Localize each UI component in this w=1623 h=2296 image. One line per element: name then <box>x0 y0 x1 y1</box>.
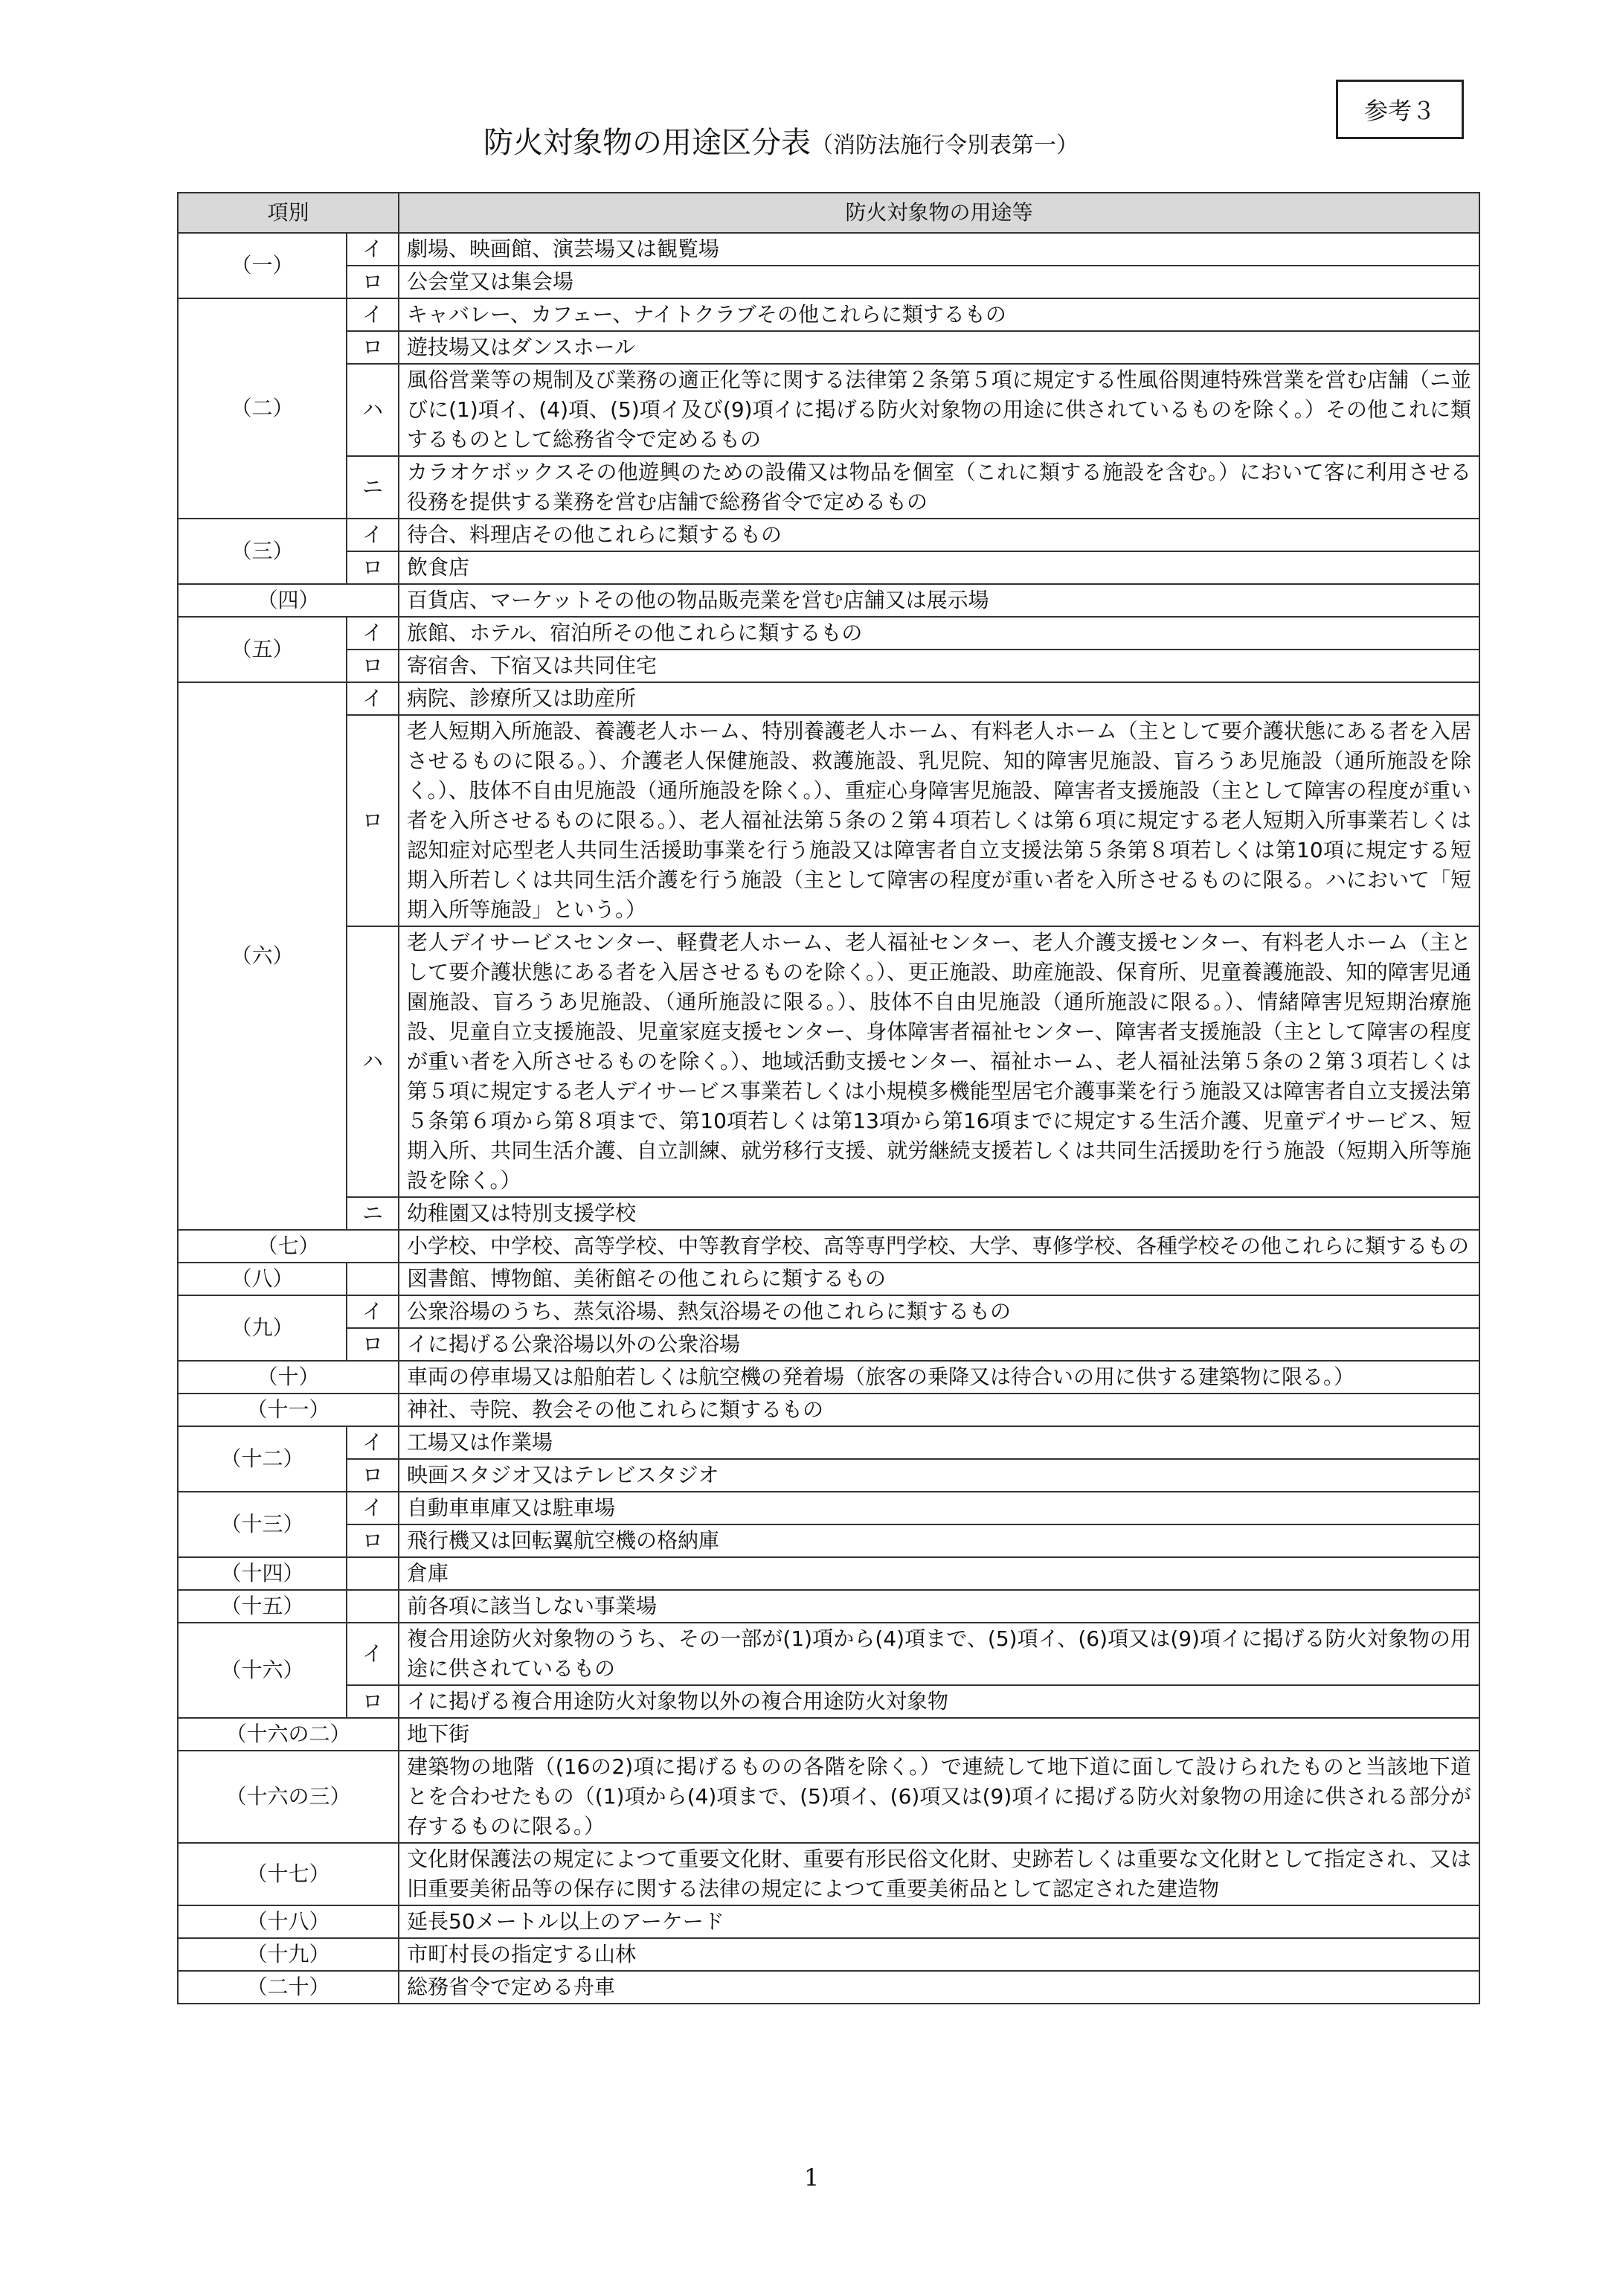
page-number: 1 <box>0 2164 1623 2192</box>
item-cell: （三） <box>178 519 347 584</box>
table-row: （十七） 文化財保護法の規定によつて重要文化財、重要有形民俗文化財、史跡若しくは… <box>178 1843 1479 1905</box>
table-row: （十二） イ 工場又は作業場 <box>178 1426 1479 1459</box>
desc-cell: 旅館、ホテル、宿泊所その他これらに類するもの <box>399 617 1479 650</box>
sub-cell: ニ <box>347 1197 399 1230</box>
title-subtitle: （消防法施行令別表第一） <box>811 132 1079 158</box>
item-cell: （十六の二） <box>178 1718 399 1751</box>
desc-cell: イに掲げる複合用途防火対象物以外の複合用途防火対象物 <box>399 1685 1479 1718</box>
table-row: （二十） 総務省令で定める舟車 <box>178 1971 1479 2004</box>
sub-cell: ロ <box>347 1685 399 1718</box>
desc-cell: イに掲げる公衆浴場以外の公衆浴場 <box>399 1328 1479 1361</box>
table-row: （十六の三） 建築物の地階（(16の2)項に掲げるものの各階を除く。）で連続して… <box>178 1751 1479 1843</box>
desc-cell: 神社、寺院、教会その他これらに類するもの <box>399 1394 1479 1426</box>
sub-cell <box>347 1557 399 1590</box>
table-row: （十五） 前各項に該当しない事業場 <box>178 1590 1479 1623</box>
item-cell: （六） <box>178 682 347 1230</box>
desc-cell: 自動車車庫又は駐車場 <box>399 1492 1479 1524</box>
sub-cell: イ <box>347 519 399 551</box>
usage-classification-table: 項別 防火対象物の用途等 （一） イ 劇場、映画館、演芸場又は観覧場 ロ 公会堂… <box>177 192 1480 2004</box>
desc-cell: 老人デイサービスセンター、軽費老人ホーム、老人福祉センター、老人介護支援センター… <box>399 926 1479 1197</box>
desc-cell: 複合用途防火対象物のうち、その一部が(1)項から(4)項まで、(5)項イ、(6)… <box>399 1623 1479 1685</box>
table-row: （十八） 延長50メートル以上のアーケード <box>178 1905 1479 1938</box>
table-row: （十六） イ 複合用途防火対象物のうち、その一部が(1)項から(4)項まで、(5… <box>178 1623 1479 1685</box>
table-row: ニ カラオケボックスその他遊興のための設備又は物品を個室（これに類する施設を含む… <box>178 456 1479 519</box>
item-cell: （十五） <box>178 1590 347 1623</box>
item-cell: （二） <box>178 298 347 519</box>
table-row: ロ 老人短期入所施設、養護老人ホーム、特別養護老人ホーム、有料老人ホーム（主とし… <box>178 715 1479 926</box>
header-item: 項別 <box>178 193 399 233</box>
sub-cell: イ <box>347 1295 399 1328</box>
table-row: ロ 公会堂又は集会場 <box>178 266 1479 298</box>
table-row: ロ イに掲げる複合用途防火対象物以外の複合用途防火対象物 <box>178 1685 1479 1718</box>
desc-cell: 文化財保護法の規定によつて重要文化財、重要有形民俗文化財、史跡若しくは重要な文化… <box>399 1843 1479 1905</box>
desc-cell: カラオケボックスその他遊興のための設備又は物品を個室（これに類する施設を含む。）… <box>399 456 1479 519</box>
table-row: ロ イに掲げる公衆浴場以外の公衆浴場 <box>178 1328 1479 1361</box>
table-row: （十一） 神社、寺院、教会その他これらに類するもの <box>178 1394 1479 1426</box>
item-cell: （十六の三） <box>178 1751 399 1843</box>
sub-cell: ロ <box>347 1524 399 1557</box>
item-cell: （十九） <box>178 1938 399 1971</box>
sub-cell <box>347 1590 399 1623</box>
table-row: ハ 風俗営業等の規制及び業務の適正化等に関する法律第２条第５項に規定する性風俗関… <box>178 364 1479 456</box>
sub-cell: ロ <box>347 551 399 584</box>
sub-cell: ロ <box>347 1328 399 1361</box>
sub-cell: イ <box>347 298 399 331</box>
table-row: ロ 飲食店 <box>178 551 1479 584</box>
item-cell: （十八） <box>178 1905 399 1938</box>
table-header-row: 項別 防火対象物の用途等 <box>178 193 1479 233</box>
table-row: ニ 幼稚園又は特別支援学校 <box>178 1197 1479 1230</box>
sub-cell: イ <box>347 1426 399 1459</box>
desc-cell: 倉庫 <box>399 1557 1479 1590</box>
desc-cell: 公衆浴場のうち、蒸気浴場、熱気浴場その他これらに類するもの <box>399 1295 1479 1328</box>
item-cell: （四） <box>178 584 399 617</box>
desc-cell: 寄宿舎、下宿又は共同住宅 <box>399 650 1479 682</box>
table-row: ロ 飛行機又は回転翼航空機の格納庫 <box>178 1524 1479 1557</box>
sub-cell: ロ <box>347 1459 399 1492</box>
table-row: （十三） イ 自動車車庫又は駐車場 <box>178 1492 1479 1524</box>
desc-cell: キャバレー、カフェー、ナイトクラブその他これらに類するもの <box>399 298 1479 331</box>
desc-cell: 前各項に該当しない事業場 <box>399 1590 1479 1623</box>
sub-cell: ニ <box>347 456 399 519</box>
desc-cell: 遊技場又はダンスホール <box>399 331 1479 364</box>
table-row: ロ 映画スタジオ又はテレビスタジオ <box>178 1459 1479 1492</box>
desc-cell: 図書館、博物館、美術館その他これらに類するもの <box>399 1263 1479 1295</box>
item-cell: （八） <box>178 1263 347 1295</box>
desc-cell: 延長50メートル以上のアーケード <box>399 1905 1479 1938</box>
sub-cell: ロ <box>347 650 399 682</box>
desc-cell: 飛行機又は回転翼航空機の格納庫 <box>399 1524 1479 1557</box>
desc-cell: 車両の停車場又は船舶若しくは航空機の発着場（旅客の乗降又は待合いの用に供する建築… <box>399 1361 1479 1394</box>
sub-cell: イ <box>347 1623 399 1685</box>
item-cell: （九） <box>178 1295 347 1361</box>
table-row: （十九） 市町村長の指定する山林 <box>178 1938 1479 1971</box>
item-cell: （十六） <box>178 1623 347 1718</box>
table-row: （五） イ 旅館、ホテル、宿泊所その他これらに類するもの <box>178 617 1479 650</box>
table-row: （四） 百貨店、マーケットその他の物品販売業を営む店舗又は展示場 <box>178 584 1479 617</box>
item-cell: （二十） <box>178 1971 399 2004</box>
table-row: （十四） 倉庫 <box>178 1557 1479 1590</box>
table-row: （十） 車両の停車場又は船舶若しくは航空機の発着場（旅客の乗降又は待合いの用に供… <box>178 1361 1479 1394</box>
table-row: （七） 小学校、中学校、高等学校、中等教育学校、高等専門学校、大学、専修学校、各… <box>178 1230 1479 1263</box>
sub-cell: ハ <box>347 364 399 456</box>
item-cell: （一） <box>178 233 347 298</box>
desc-cell: 映画スタジオ又はテレビスタジオ <box>399 1459 1479 1492</box>
item-cell: （七） <box>178 1230 399 1263</box>
desc-cell: 建築物の地階（(16の2)項に掲げるものの各階を除く。）で連続して地下道に面して… <box>399 1751 1479 1843</box>
sub-cell: イ <box>347 682 399 715</box>
sub-cell: ハ <box>347 926 399 1197</box>
item-cell: （五） <box>178 617 347 682</box>
table-row: ハ 老人デイサービスセンター、軽費老人ホーム、老人福祉センター、老人介護支援セン… <box>178 926 1479 1197</box>
page-title: 防火対象物の用途区分表（消防法施行令別表第一） <box>483 119 1079 161</box>
title-main: 防火対象物の用途区分表 <box>483 126 811 160</box>
sub-cell: ロ <box>347 331 399 364</box>
table-row: （三） イ 待合、料理店その他これらに類するもの <box>178 519 1479 551</box>
desc-cell: 病院、診療所又は助産所 <box>399 682 1479 715</box>
item-cell: （十） <box>178 1361 399 1394</box>
item-cell: （十三） <box>178 1492 347 1557</box>
desc-cell: 地下街 <box>399 1718 1479 1751</box>
sub-cell: ロ <box>347 715 399 926</box>
item-cell: （十一） <box>178 1394 399 1426</box>
item-cell: （十四） <box>178 1557 347 1590</box>
table-row: （十六の二） 地下街 <box>178 1718 1479 1751</box>
desc-cell: 百貨店、マーケットその他の物品販売業を営む店舗又は展示場 <box>399 584 1479 617</box>
desc-cell: 待合、料理店その他これらに類するもの <box>399 519 1479 551</box>
desc-cell: 総務省令で定める舟車 <box>399 1971 1479 2004</box>
sub-cell: ロ <box>347 266 399 298</box>
desc-cell: 公会堂又は集会場 <box>399 266 1479 298</box>
item-cell: （十七） <box>178 1843 399 1905</box>
desc-cell: 飲食店 <box>399 551 1479 584</box>
table-row: （八） 図書館、博物館、美術館その他これらに類するもの <box>178 1263 1479 1295</box>
table-row: （六） イ 病院、診療所又は助産所 <box>178 682 1479 715</box>
desc-cell: 風俗営業等の規制及び業務の適正化等に関する法律第２条第５項に規定する性風俗関連特… <box>399 364 1479 456</box>
sub-cell: イ <box>347 617 399 650</box>
desc-cell: 小学校、中学校、高等学校、中等教育学校、高等専門学校、大学、専修学校、各種学校そ… <box>399 1230 1479 1263</box>
table-row: （九） イ 公衆浴場のうち、蒸気浴場、熱気浴場その他これらに類するもの <box>178 1295 1479 1328</box>
reference-label: 参考３ <box>1336 80 1464 139</box>
table-row: ロ 遊技場又はダンスホール <box>178 331 1479 364</box>
table-row: ロ 寄宿舎、下宿又は共同住宅 <box>178 650 1479 682</box>
table-row: （二） イ キャバレー、カフェー、ナイトクラブその他これらに類するもの <box>178 298 1479 331</box>
desc-cell: 劇場、映画館、演芸場又は観覧場 <box>399 233 1479 266</box>
desc-cell: 老人短期入所施設、養護老人ホーム、特別養護老人ホーム、有料老人ホーム（主として要… <box>399 715 1479 926</box>
sub-cell: イ <box>347 233 399 266</box>
header-usage: 防火対象物の用途等 <box>399 193 1479 233</box>
sub-cell: イ <box>347 1492 399 1524</box>
desc-cell: 工場又は作業場 <box>399 1426 1479 1459</box>
desc-cell: 市町村長の指定する山林 <box>399 1938 1479 1971</box>
table-row: （一） イ 劇場、映画館、演芸場又は観覧場 <box>178 233 1479 266</box>
desc-cell: 幼稚園又は特別支援学校 <box>399 1197 1479 1230</box>
sub-cell <box>347 1263 399 1295</box>
item-cell: （十二） <box>178 1426 347 1492</box>
